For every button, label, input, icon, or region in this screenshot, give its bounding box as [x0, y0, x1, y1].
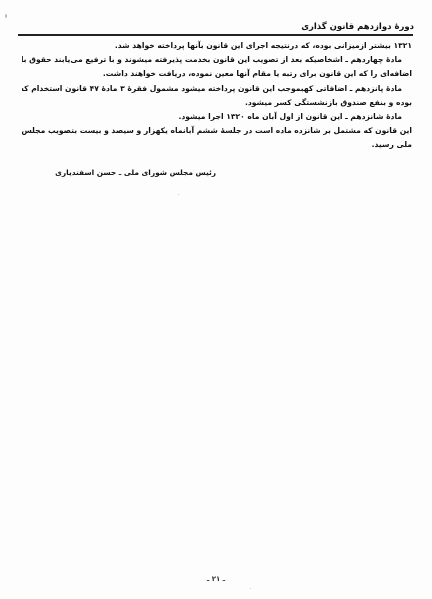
page-header: دورهٔ دوازدهم قانون گذاری	[18, 22, 414, 33]
text-line: بوده و بنفع صندوق بازنشستگی کسر میشود.	[22, 96, 412, 110]
ratification-line: این قانون که مشتمل بر شانزده ماده است در…	[22, 124, 412, 138]
article-14-line: مادهٔ چهاردهم ـ اشخاصیکه بعد از تصویب ای…	[22, 53, 412, 67]
page-number: ـ ۲۱ ـ	[196, 575, 236, 583]
article-16-line: مادهٔ شانزدهم ـ این قانون از اول آبان ما…	[22, 110, 412, 124]
document-page: دورهٔ دوازدهم قانون گذاری ۱۳۲۱ بیشتر ازم…	[0, 0, 432, 599]
text-line: ملی رسید.	[22, 138, 412, 152]
signature-line: رئیس مجلس شورای ملی ـ حسن اسفندیاری	[36, 168, 216, 177]
document-body: ۱۳۲۱ بیشتر ازمیزانی بوده، که درنتیجه اجر…	[22, 39, 412, 153]
article-15-line: مادهٔ پانزدهم ـ اضافاتی کهبموجب این قانو…	[22, 82, 412, 96]
scan-artifact	[178, 194, 179, 195]
text-line: ۱۳۲۱ بیشتر ازمیزانی بوده، که درنتیجه اجر…	[22, 39, 412, 53]
header-divider	[18, 34, 413, 36]
text-line: اضافه‌ای را که این قانون برای رتبه یا مق…	[22, 67, 412, 81]
scan-artifact	[5, 14, 7, 18]
scan-artifact	[250, 588, 251, 589]
